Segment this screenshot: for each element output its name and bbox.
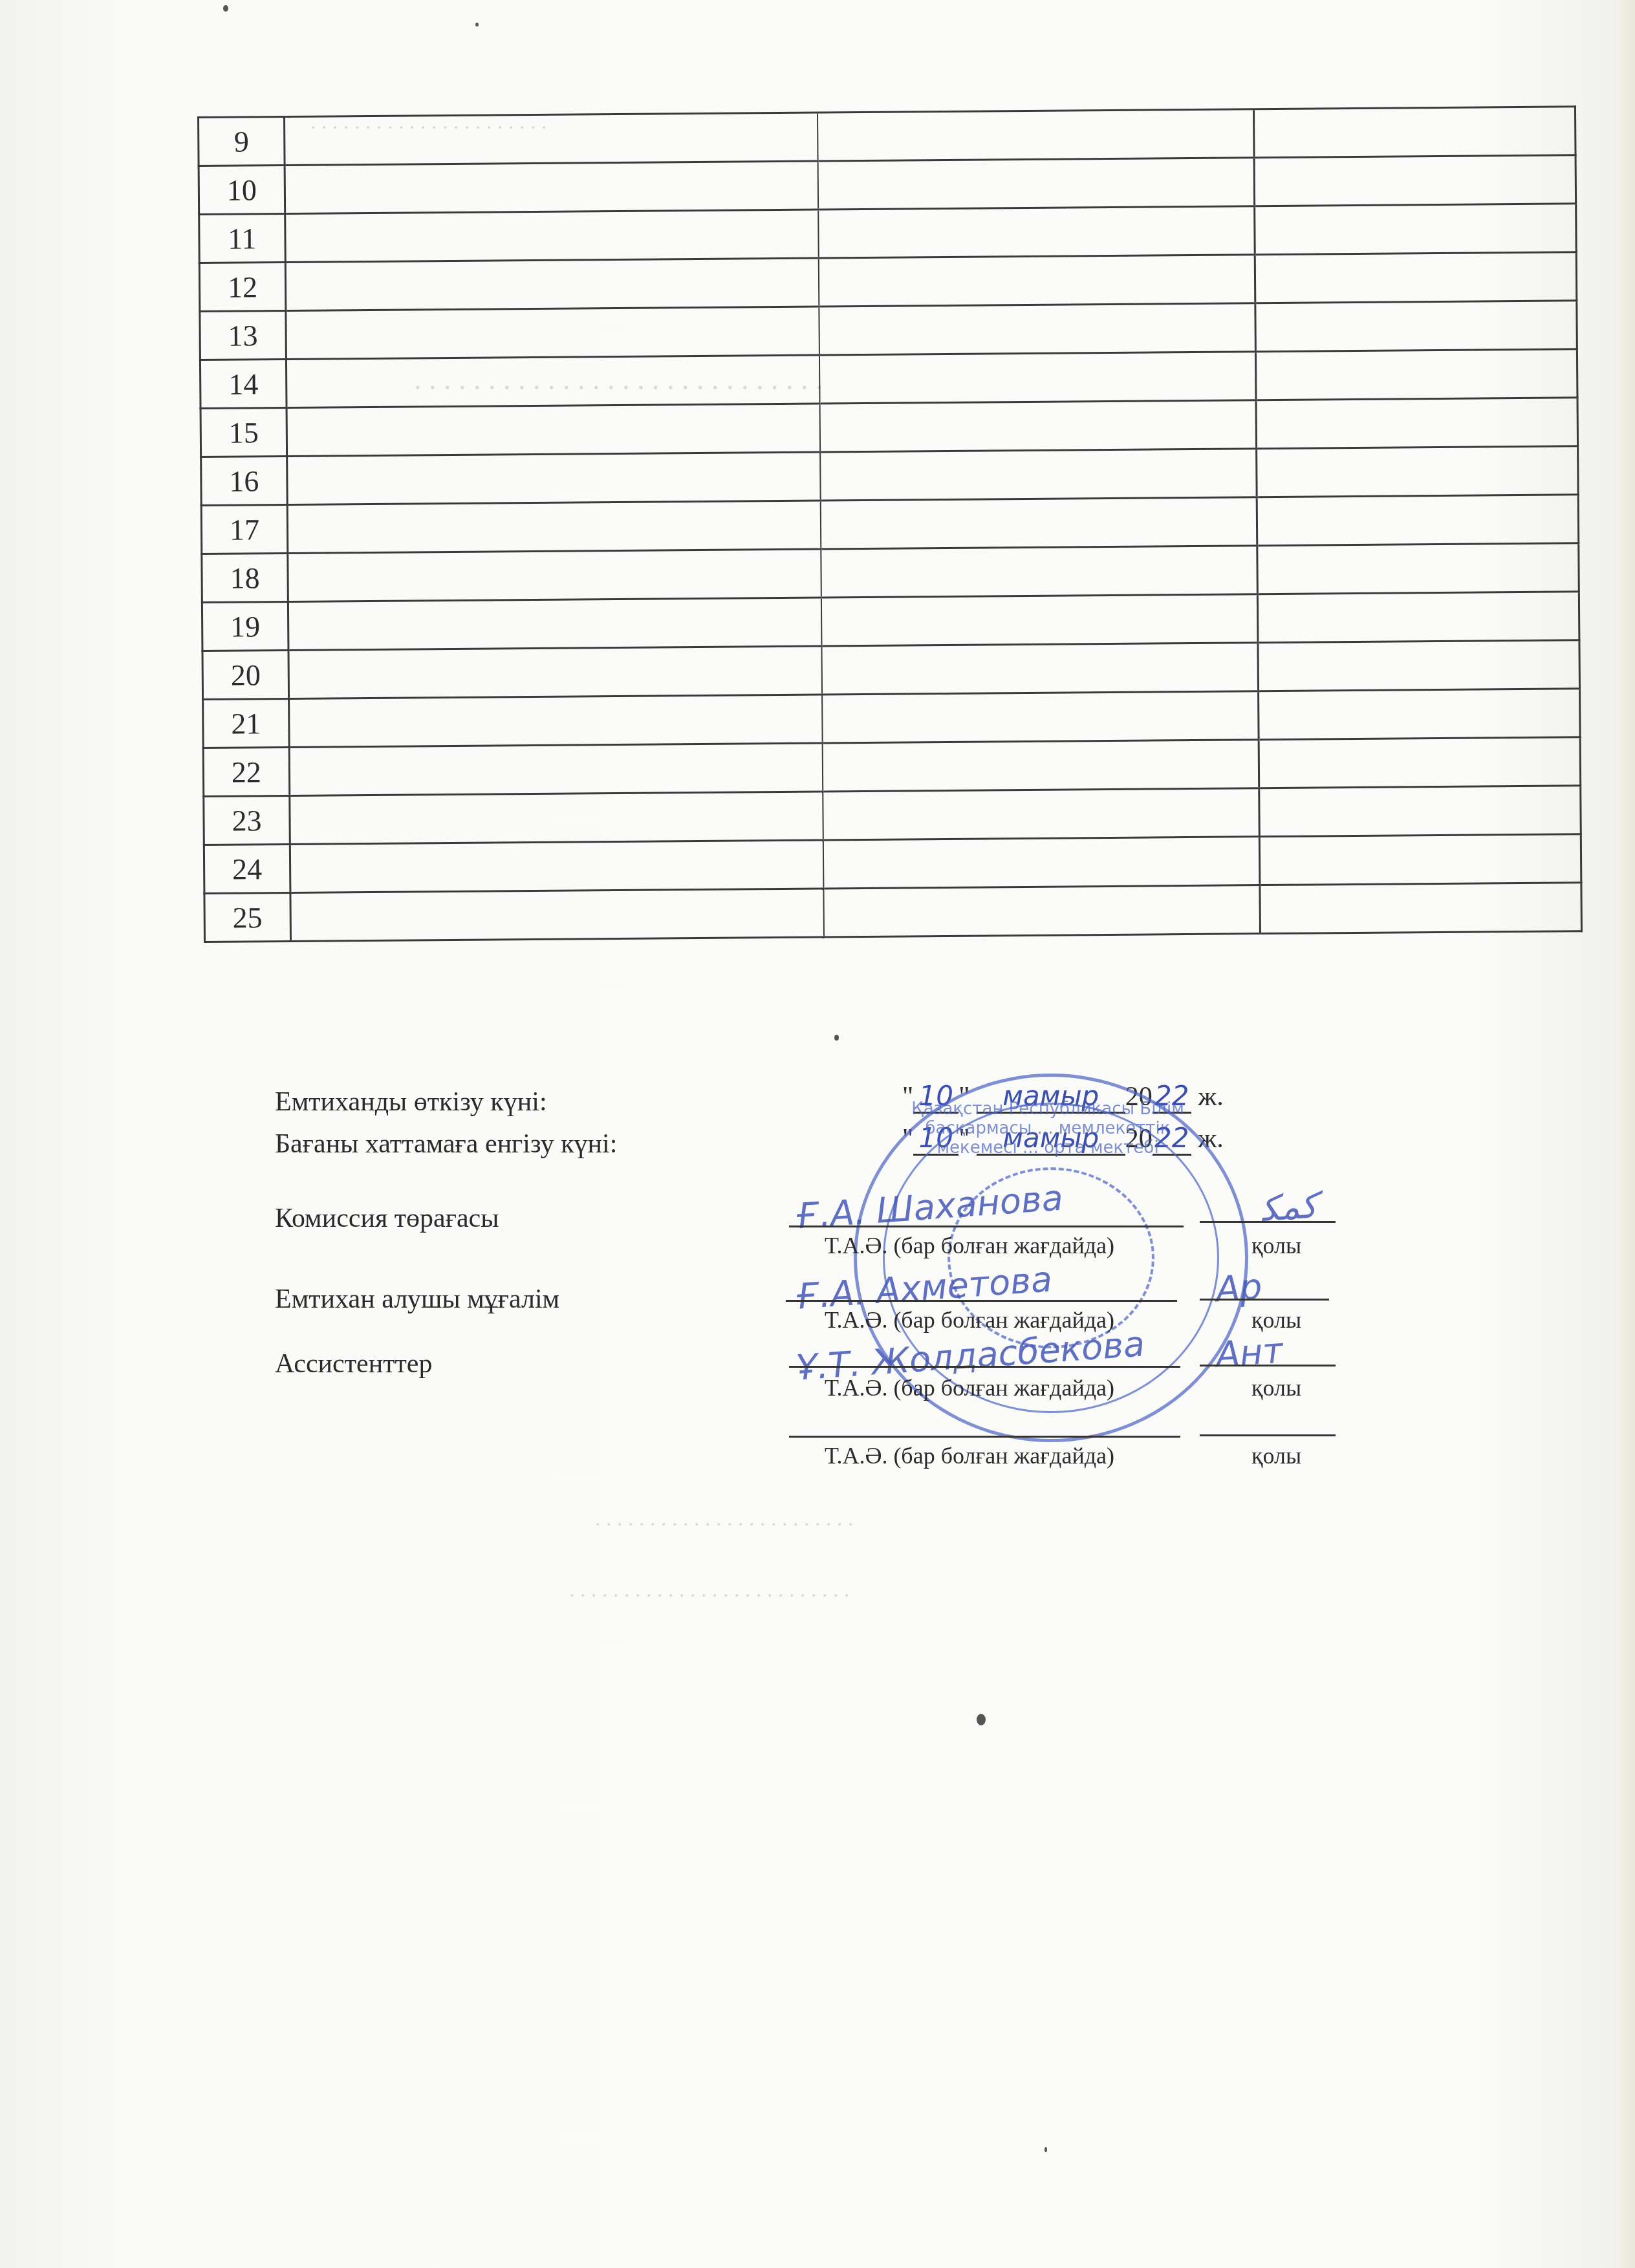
row-number: 9 [199, 116, 285, 166]
assistant1-sign-line [1200, 1365, 1336, 1366]
assistant2-sign-caption: қолы [1251, 1442, 1301, 1469]
signature-cell [1257, 592, 1579, 643]
signature-cell [1254, 155, 1576, 206]
grade-cell [820, 449, 1257, 501]
grade-cell [820, 400, 1257, 452]
scan-speck [223, 5, 228, 12]
bleed-through-text: . . . . . . . . . . . . . . . . . . . . … [595, 1507, 854, 1531]
student-name-cell [285, 258, 819, 310]
student-name-cell [285, 210, 819, 262]
assistant2-name-line [789, 1436, 1180, 1438]
student-name-cell [286, 307, 819, 359]
grade-cell [818, 158, 1255, 210]
signature-cell [1257, 446, 1579, 497]
exam-date-label: Емтиханды өткізу күні: [275, 1086, 547, 1118]
row-number: 21 [203, 698, 290, 748]
row-number: 24 [204, 844, 290, 893]
grade-cell [818, 206, 1255, 258]
bleed-through-text: . . . . . . . . . . . . . . . . . . . . … [569, 1578, 850, 1603]
scan-speck [475, 23, 479, 27]
scan-speck [1045, 2147, 1047, 2152]
signature-cell [1255, 301, 1577, 352]
student-name-cell [290, 840, 823, 892]
chair-fio-caption: Т.А.Ә. (бар болған жағдайда) [825, 1232, 1114, 1259]
signature-cell [1255, 349, 1577, 400]
assistant1-fio-caption: Т.А.Ә. (бар болған жағдайда) [825, 1374, 1114, 1401]
signature-cell [1259, 737, 1581, 788]
grade-cell [819, 255, 1255, 307]
row-number: 23 [204, 795, 290, 845]
student-name-cell [290, 792, 823, 844]
signature-cell [1260, 883, 1582, 934]
row-number: 16 [201, 456, 288, 505]
student-name-cell [289, 695, 823, 747]
grade-cell [821, 497, 1257, 549]
assistant-signature: Ант [1215, 1330, 1284, 1375]
signature-cell [1259, 786, 1581, 837]
student-name-cell [285, 113, 818, 165]
assistants-label: Ассистенттер [275, 1348, 433, 1379]
grade-cell [819, 352, 1256, 404]
row-number: 14 [200, 359, 287, 408]
student-name-cell [285, 161, 818, 213]
signature-cell [1258, 640, 1580, 691]
grade-cell [819, 303, 1255, 355]
assistant1-name-line [789, 1366, 1180, 1368]
teacher-sign-caption: қолы [1251, 1306, 1301, 1334]
chair-sign-line [1200, 1221, 1336, 1223]
student-name-cell [288, 549, 821, 601]
signature-cell [1259, 689, 1581, 740]
assistant2-sign-line [1200, 1434, 1336, 1436]
row-number: 17 [201, 504, 288, 554]
signature-cell [1255, 252, 1577, 303]
grade-cell [823, 788, 1259, 840]
grade-cell [821, 643, 1258, 695]
teacher-label: Емтихан алушы мұғалім [275, 1284, 559, 1315]
results-table: 910111213141516171819202122232425 [197, 105, 1583, 943]
grade-entry-date-label: Бағаны хаттамаға енгізу күні: [275, 1129, 617, 1160]
row-number: 12 [199, 262, 286, 311]
table-row: 25 [204, 883, 1582, 942]
grade-cell [823, 885, 1260, 937]
signature-cell [1259, 834, 1581, 885]
student-name-cell [287, 452, 821, 504]
row-number: 10 [199, 165, 285, 214]
student-name-cell [289, 743, 823, 795]
signature-cell [1255, 204, 1577, 255]
assistant1-sign-caption: қолы [1251, 1374, 1301, 1401]
grade-cell [817, 109, 1254, 161]
row-number: 25 [204, 892, 291, 942]
teacher-sign-line [1200, 1299, 1329, 1301]
grade-cell [823, 837, 1260, 889]
row-number: 13 [200, 310, 287, 360]
year-label: ж. [1198, 1082, 1224, 1112]
assistant2-fio-caption: Т.А.Ә. (бар болған жағдайда) [825, 1442, 1114, 1469]
student-name-cell [287, 404, 820, 456]
row-number: 20 [202, 650, 289, 699]
row-number: 19 [202, 601, 288, 651]
scan-edge [1616, 0, 1635, 2268]
grade-cell [821, 546, 1257, 598]
grade-cell [822, 691, 1259, 743]
row-number: 11 [199, 213, 286, 263]
signature-cell [1256, 398, 1578, 449]
teacher-name-line [786, 1300, 1177, 1302]
row-number: 18 [202, 553, 288, 602]
row-number: 22 [203, 747, 290, 796]
student-name-cell [286, 355, 819, 407]
scan-speck [977, 1714, 986, 1725]
scan-speck [834, 1035, 839, 1041]
student-name-cell [288, 646, 822, 698]
grade-cell [823, 740, 1259, 792]
signature-cell [1253, 107, 1575, 158]
signature-cell [1257, 543, 1579, 594]
student-name-cell [288, 598, 821, 650]
grade-cell [821, 594, 1258, 646]
student-name-cell [290, 889, 824, 941]
signature-cell [1257, 495, 1579, 546]
row-number: 15 [200, 407, 287, 457]
stamp-text: Қазақстан Республикасы Білім басқармасы … [899, 1099, 1196, 1158]
chair-sign-caption: қолы [1251, 1232, 1301, 1259]
teacher-signature: Ар [1215, 1266, 1263, 1310]
chair-name-line [789, 1226, 1184, 1227]
chair-label: Комиссия төрағасы [275, 1203, 499, 1234]
student-name-cell [287, 501, 821, 553]
